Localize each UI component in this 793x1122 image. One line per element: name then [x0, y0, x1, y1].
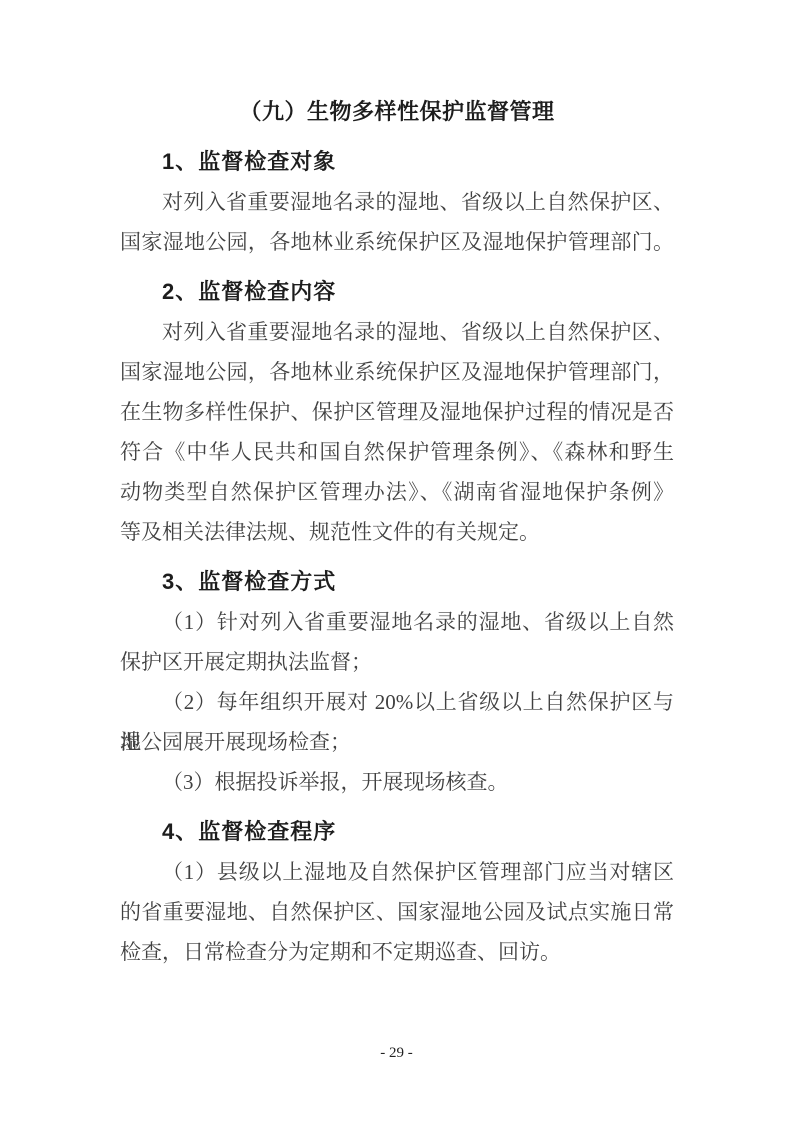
section-heading: 4、监督检查程序	[120, 812, 674, 852]
body-text-line: 地公园展开展现场检查；	[120, 722, 674, 762]
body-text-line: 对列入省重要湿地名录的湿地、省级以上自然保护区、	[120, 312, 674, 352]
page-footer: - 29 -	[0, 1045, 793, 1062]
body-text-line: 对列入省重要湿地名录的湿地、省级以上自然保护区、	[120, 182, 674, 222]
body-text-line: 国家湿地公园，各地林业系统保护区及湿地保护管理部门，	[120, 352, 674, 392]
section-heading: 3、监督检查方式	[120, 562, 674, 602]
page-number: - 29 -	[380, 1045, 413, 1061]
body-text-line: （2）每年组织开展对 20%以上省级以上自然保护区与湿	[120, 682, 674, 722]
body-text-line: 等及相关法律法规、规范性文件的有关规定。	[120, 512, 674, 552]
body-text-line: 检查，日常检查分为定期和不定期巡查、回访。	[120, 932, 674, 972]
body-text-line: （3）根据投诉举报，开展现场核查。	[120, 762, 674, 802]
section-heading: 2、监督检查内容	[120, 272, 674, 312]
document-page: （九）生物多样性保护监督管理1、监督检查对象对列入省重要湿地名录的湿地、省级以上…	[0, 0, 793, 1122]
body-text-line: 动物类型自然保护区管理办法》、《湖南省湿地保护条例》	[120, 472, 674, 512]
body-text-line: 保护区开展定期执法监督；	[120, 642, 674, 682]
body-text-line: 国家湿地公园，各地林业系统保护区及湿地保护管理部门。	[120, 222, 674, 262]
body-text-line: （1）针对列入省重要湿地名录的湿地、省级以上自然	[120, 602, 674, 642]
document-content: （九）生物多样性保护监督管理1、监督检查对象对列入省重要湿地名录的湿地、省级以上…	[120, 92, 674, 972]
document-title: （九）生物多样性保护监督管理	[120, 92, 674, 132]
body-text-line: 符合《中华人民共和国自然保护管理条例》、《森林和野生	[120, 432, 674, 472]
body-text-line: 在生物多样性保护、保护区管理及湿地保护过程的情况是否	[120, 392, 674, 432]
body-text-line: 的省重要湿地、自然保护区、国家湿地公园及试点实施日常	[120, 892, 674, 932]
body-text-line: （1）县级以上湿地及自然保护区管理部门应当对辖区	[120, 852, 674, 892]
section-heading: 1、监督检查对象	[120, 142, 674, 182]
